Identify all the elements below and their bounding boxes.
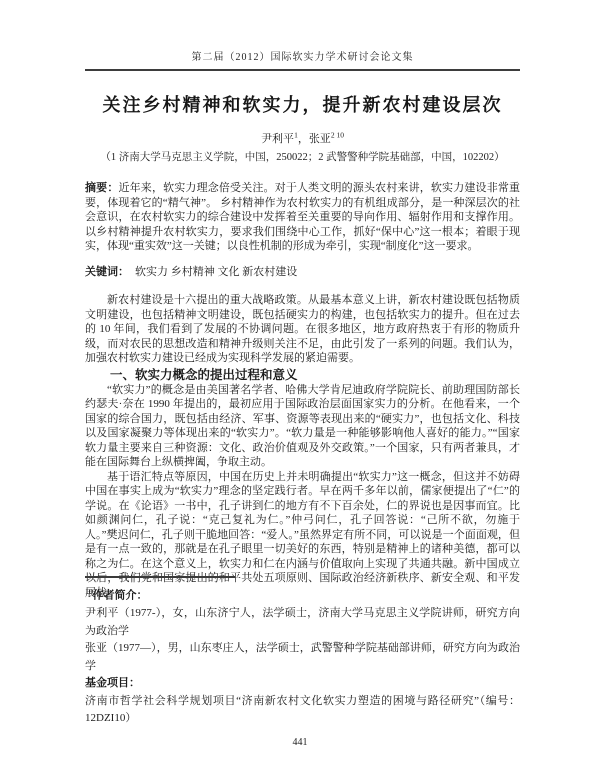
keywords-text: 软实力 乡村精神 文化 新农村建设: [135, 266, 297, 278]
abstract-label: 摘要：: [85, 182, 118, 194]
authors-separator: ，: [298, 133, 309, 145]
footnote-author-2-bio: 张亚（1977—），男，山东枣庄人，法学硕士，武警警种学院基础部讲师，研究方向为…: [85, 640, 520, 675]
abstract: 摘要：近年来，软实力理念倍受关注。对于人类文明的源头农村来讲，软实力建设非常重要…: [85, 181, 520, 254]
footnote-author-1-bio: 尹利平（1977-），女，山东济宁人，法学硕士，济南大学马克思主义学院讲师，研究…: [85, 605, 520, 640]
author-2-superscript: 2 10: [331, 130, 344, 139]
header-rule: [85, 69, 520, 71]
abstract-text: 近年来，软实力理念倍受关注。对于人类文明的源头农村来讲，软实力建设非常重要，体现…: [85, 182, 520, 252]
authors-line: 尹利平1，张亚2 10: [85, 130, 520, 146]
section-1-paragraph-1: “软实力”的概念是由美国著名学者、哈佛大学肯尼迪政府学院院长、前助理国防部长约瑟…: [85, 383, 520, 470]
footnote-intro-label: 作者简介：: [93, 590, 148, 602]
footnote-fund-text: 济南市哲学社会科学规划项目“济南新农村文化软实力塑造的困境与路径研究”（编号：1…: [85, 693, 520, 728]
keywords-line: 关键词：软实力 乡村精神 文化 新农村建设: [85, 265, 520, 280]
running-head: 第二届（2012）国际软实力学术研讨会论文集: [85, 0, 520, 63]
keywords-label: 关键词：: [85, 266, 129, 278]
footnote-marker: 10: [85, 587, 93, 596]
footnote-block: 10作者简介： 尹利平（1977-），女，山东济宁人，法学硕士，济南大学马克思主…: [85, 576, 520, 728]
author-1-name: 尹利平: [261, 133, 294, 145]
section-1-heading: 一、软实力概念的提出过程和意义: [85, 367, 520, 383]
paper-page: 第二届（2012）国际软实力学术研讨会论文集 关注乡村精神和软实力，提升新农村建…: [0, 0, 600, 766]
footnote-author-intro: 10作者简介：: [85, 583, 520, 605]
author-2-name: 张亚: [309, 133, 331, 145]
page-number: 441: [0, 737, 600, 748]
footnote-divider: [85, 576, 235, 578]
affiliation-line: （1 济南大学马克思主义学院，中国，250022；2 武警警种学院基础部，中国，…: [85, 149, 520, 164]
footnote-fund-label: 基金项目：: [85, 675, 520, 693]
paper-title: 关注乡村精神和软实力，提升新农村建设层次: [85, 91, 520, 117]
intro-paragraph: 新农村建设是十六提出的重大战略政策。从最基本意义上讲，新农村建设既包括物质文明建…: [85, 293, 520, 366]
footnote-fund-label-text: 基金项目：: [85, 677, 140, 689]
